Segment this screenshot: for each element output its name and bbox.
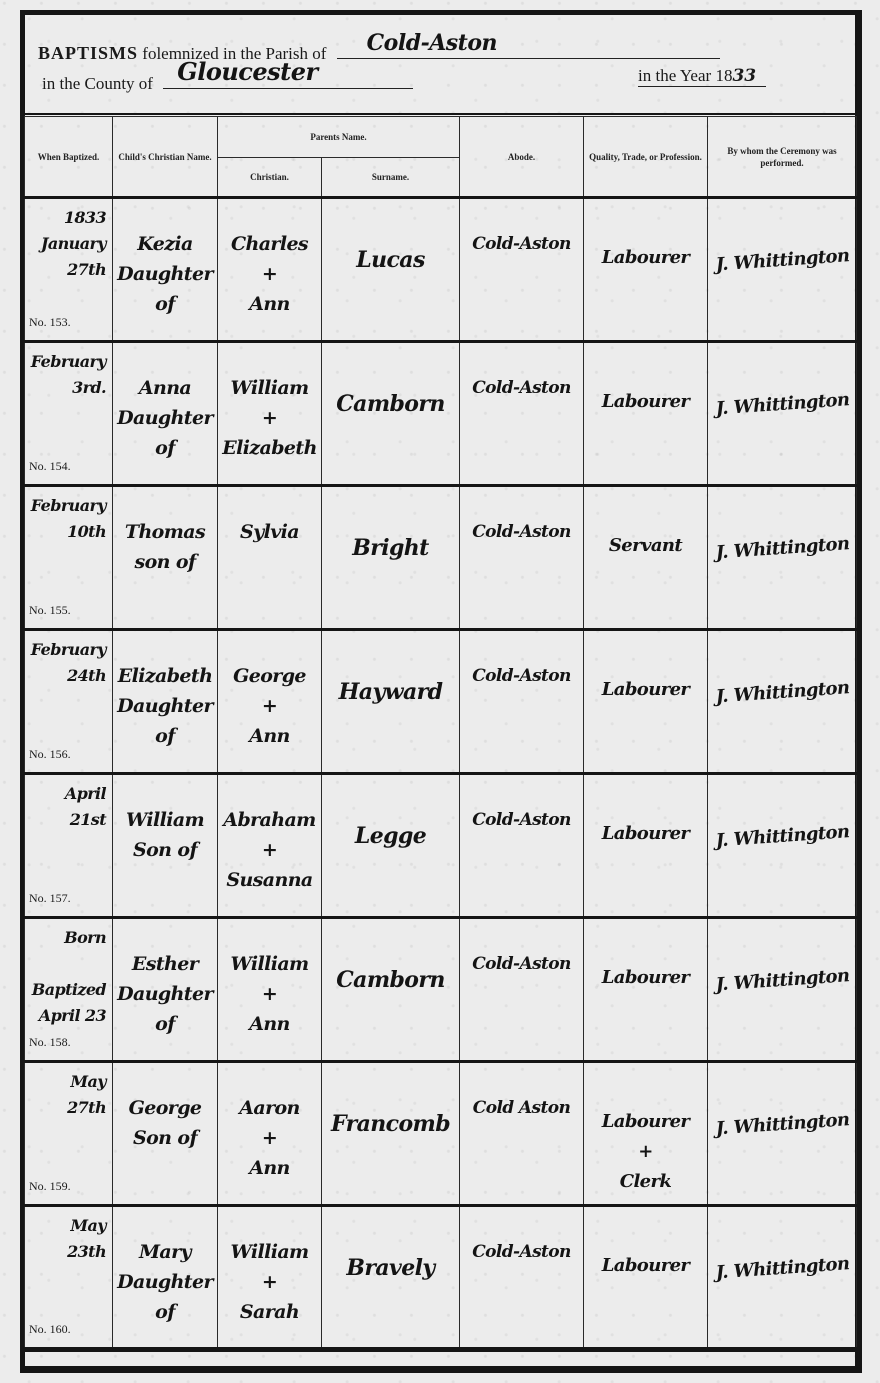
cell-child-name: George Son of <box>113 1062 218 1206</box>
parents-christian-names: Abraham + Susanna <box>218 775 321 895</box>
col-header-parents-surname: Surname. <box>322 158 460 198</box>
parents-christian-names: William + Sarah <box>218 1207 321 1327</box>
surname: Legge <box>322 775 459 851</box>
cell-quality: Labourer <box>584 1206 708 1350</box>
officiant-signature: J. Whittington <box>708 1062 857 1145</box>
child-name: Esther Daughter of <box>113 919 217 1039</box>
cell-child-name: Esther Daughter of <box>113 918 218 1062</box>
cell-abode: Cold-Aston <box>460 918 584 1062</box>
cell-parents-surname: Lucas <box>322 198 460 342</box>
col-header-abode: Abode. <box>460 117 584 198</box>
cell-officiant: J. Whittington <box>708 1206 857 1350</box>
cell-parents-christian: William + Ann <box>218 918 322 1062</box>
abode: Cold-Aston <box>460 775 583 835</box>
quality-trade-profession: Labourer + Clerk <box>584 1063 707 1197</box>
quality-trade-profession: Labourer <box>584 775 707 849</box>
abode: Cold Aston <box>460 1063 583 1123</box>
officiant-signature: J. Whittington <box>708 486 857 569</box>
col-header-officiant: By whom the Ceremony was performed. <box>708 117 857 198</box>
surname: Lucas <box>322 199 459 275</box>
parents-christian-names: William + Elizabeth <box>218 343 321 463</box>
quality-trade-profession: Labourer <box>584 631 707 705</box>
cell-parents-surname: Hayward <box>322 630 460 774</box>
baptism-date: May 23th <box>25 1207 112 1265</box>
child-name: Anna Daughter of <box>113 343 217 463</box>
child-name: Elizabeth Daughter of <box>113 631 217 751</box>
officiant-signature: J. Whittington <box>708 630 857 713</box>
cell-when-baptized: May 23thNo. 160. <box>25 1206 113 1350</box>
cell-parents-christian: Aaron + Ann <box>218 1062 322 1206</box>
cell-when-baptized: May 27thNo. 159. <box>25 1062 113 1206</box>
col-header-quality: Quality, Trade, or Profession. <box>584 117 708 198</box>
col-header-when-baptized: When Baptized. <box>25 117 113 198</box>
cell-quality: Labourer <box>584 198 708 342</box>
cell-quality: Labourer <box>584 918 708 1062</box>
cell-parents-surname: Camborn <box>322 918 460 1062</box>
entry-number: No. 158. <box>29 1035 71 1050</box>
cell-quality: Labourer <box>584 630 708 774</box>
officiant-signature: J. Whittington <box>708 1206 857 1289</box>
officiant-signature: J. Whittington <box>708 918 857 1001</box>
register-entry-row: May 27thNo. 159.George Son ofAaron + Ann… <box>25 1062 857 1206</box>
cell-child-name: Anna Daughter of <box>113 342 218 486</box>
year-printed: in the Year 18 <box>638 66 732 85</box>
cell-officiant: J. Whittington <box>708 486 857 630</box>
cell-parents-christian: Abraham + Susanna <box>218 774 322 918</box>
abode: Cold-Aston <box>460 919 583 979</box>
county-label: in the County of <box>42 74 153 93</box>
cell-abode: Cold Aston <box>460 1062 584 1206</box>
entry-number: No. 153. <box>29 315 71 330</box>
register-entry-row: February 24thNo. 156.Elizabeth Daughter … <box>25 630 857 774</box>
cell-when-baptized: April 21stNo. 157. <box>25 774 113 918</box>
cell-parents-christian: Sylvia <box>218 486 322 630</box>
cell-parents-surname: Camborn <box>322 342 460 486</box>
abode: Cold-Aston <box>460 199 583 259</box>
register-entry-row: February 3rd.No. 154.Anna Daughter ofWil… <box>25 342 857 486</box>
child-name: Mary Daughter of <box>113 1207 217 1327</box>
cell-when-baptized: Born Baptized April 23No. 158. <box>25 918 113 1062</box>
cell-quality: Servant <box>584 486 708 630</box>
cell-officiant: J. Whittington <box>708 918 857 1062</box>
title-divider <box>24 113 856 115</box>
cell-parents-surname: Bright <box>322 486 460 630</box>
surname: Bravely <box>322 1207 459 1283</box>
cell-child-name: William Son of <box>113 774 218 918</box>
baptism-date: May 27th <box>25 1063 112 1121</box>
register-entry-row: May 23thNo. 160.Mary Daughter ofWilliam … <box>25 1206 857 1350</box>
baptism-date: 1833 January 27th <box>25 199 112 283</box>
child-name: George Son of <box>113 1063 217 1153</box>
register-entry-row: April 21stNo. 157.William Son ofAbraham … <box>25 774 857 918</box>
baptism-register-table: When Baptized. Child's Christian Name. P… <box>24 116 857 1352</box>
child-name: Kezia Daughter of <box>113 199 217 319</box>
cell-when-baptized: February 3rd.No. 154. <box>25 342 113 486</box>
cell-when-baptized: February 24thNo. 156. <box>25 630 113 774</box>
officiant-signature: J. Whittington <box>708 774 857 857</box>
surname: Hayward <box>322 631 459 707</box>
entry-number: No. 155. <box>29 603 71 618</box>
officiant-signature: J. Whittington <box>708 342 857 425</box>
entry-number: No. 157. <box>29 891 71 906</box>
cell-abode: Cold-Aston <box>460 342 584 486</box>
title-line-parish: BAPTISMS folemnized in the Parish of Col… <box>38 38 720 64</box>
title-line-county: in the County of Gloucester <box>42 68 413 94</box>
cell-parents-christian: William + Elizabeth <box>218 342 322 486</box>
register-entry-row: Born Baptized April 23No. 158.Esther Dau… <box>25 918 857 1062</box>
year-handwritten: 33 <box>732 66 756 86</box>
col-header-parents-name: Parents Name. <box>218 117 460 158</box>
cell-parents-christian: Charles + Ann <box>218 198 322 342</box>
cell-quality: Labourer <box>584 342 708 486</box>
cell-officiant: J. Whittington <box>708 342 857 486</box>
cell-abode: Cold-Aston <box>460 774 584 918</box>
cell-abode: Cold-Aston <box>460 198 584 342</box>
col-header-parents-christian: Christian. <box>218 158 322 198</box>
title-heading: BAPTISMS <box>38 43 138 63</box>
abode: Cold-Aston <box>460 1207 583 1267</box>
county-name: Gloucester <box>177 57 317 86</box>
entry-number: No. 160. <box>29 1322 71 1337</box>
cell-parents-surname: Legge <box>322 774 460 918</box>
cell-quality: Labourer + Clerk <box>584 1062 708 1206</box>
baptism-date: April 21st <box>25 775 112 833</box>
quality-trade-profession: Labourer <box>584 343 707 417</box>
quality-trade-profession: Labourer <box>584 199 707 273</box>
cell-child-name: Mary Daughter of <box>113 1206 218 1350</box>
cell-child-name: Kezia Daughter of <box>113 198 218 342</box>
baptism-date: February 24th <box>25 631 112 689</box>
child-name: Thomas son of <box>113 487 217 577</box>
entry-number: No. 156. <box>29 747 71 762</box>
abode: Cold-Aston <box>460 631 583 691</box>
surname: Camborn <box>322 343 459 419</box>
child-name: William Son of <box>113 775 217 865</box>
cell-when-baptized: February 10thNo. 155. <box>25 486 113 630</box>
baptism-date: February 10th <box>25 487 112 545</box>
surname: Francomb <box>322 1063 459 1139</box>
register-entries: 1833 January 27thNo. 153.Kezia Daughter … <box>25 198 857 1350</box>
parents-christian-names: Aaron + Ann <box>218 1063 321 1183</box>
quality-trade-profession: Labourer <box>584 1207 707 1281</box>
cell-abode: Cold-Aston <box>460 630 584 774</box>
cell-officiant: J. Whittington <box>708 1062 857 1206</box>
cell-parents-surname: Francomb <box>322 1062 460 1206</box>
cell-officiant: J. Whittington <box>708 198 857 342</box>
surname: Camborn <box>322 919 459 995</box>
parish-fill-line: Cold-Aston <box>337 38 720 59</box>
cell-parents-surname: Bravely <box>322 1206 460 1350</box>
year-field: in the Year 1833 <box>638 66 766 87</box>
cell-child-name: Elizabeth Daughter of <box>113 630 218 774</box>
cell-abode: Cold-Aston <box>460 486 584 630</box>
quality-trade-profession: Servant <box>584 487 707 561</box>
county-fill-line: Gloucester <box>163 68 413 89</box>
cell-abode: Cold-Aston <box>460 1206 584 1350</box>
cell-quality: Labourer <box>584 774 708 918</box>
abode: Cold-Aston <box>460 487 583 547</box>
parents-christian-names: Sylvia <box>218 487 321 547</box>
parents-christian-names: William + Ann <box>218 919 321 1039</box>
baptism-date: February 3rd. <box>25 343 112 401</box>
register-entry-row: 1833 January 27thNo. 153.Kezia Daughter … <box>25 198 857 342</box>
parish-name: Cold-Aston <box>367 30 497 56</box>
register-entry-row: February 10thNo. 155.Thomas son ofSylvia… <box>25 486 857 630</box>
abode: Cold-Aston <box>460 343 583 403</box>
parents-christian-names: George + Ann <box>218 631 321 751</box>
cell-when-baptized: 1833 January 27thNo. 153. <box>25 198 113 342</box>
cell-child-name: Thomas son of <box>113 486 218 630</box>
officiant-signature: J. Whittington <box>708 198 857 281</box>
entry-number: No. 154. <box>29 459 71 474</box>
cell-parents-christian: George + Ann <box>218 630 322 774</box>
surname: Bright <box>322 487 459 563</box>
parents-christian-names: Charles + Ann <box>218 199 321 319</box>
col-header-child-name: Child's Christian Name. <box>113 117 218 198</box>
entry-number: No. 159. <box>29 1179 71 1194</box>
baptism-date: Born Baptized April 23 <box>25 919 112 1029</box>
cell-officiant: J. Whittington <box>708 630 857 774</box>
cell-officiant: J. Whittington <box>708 774 857 918</box>
cell-parents-christian: William + Sarah <box>218 1206 322 1350</box>
quality-trade-profession: Labourer <box>584 919 707 993</box>
